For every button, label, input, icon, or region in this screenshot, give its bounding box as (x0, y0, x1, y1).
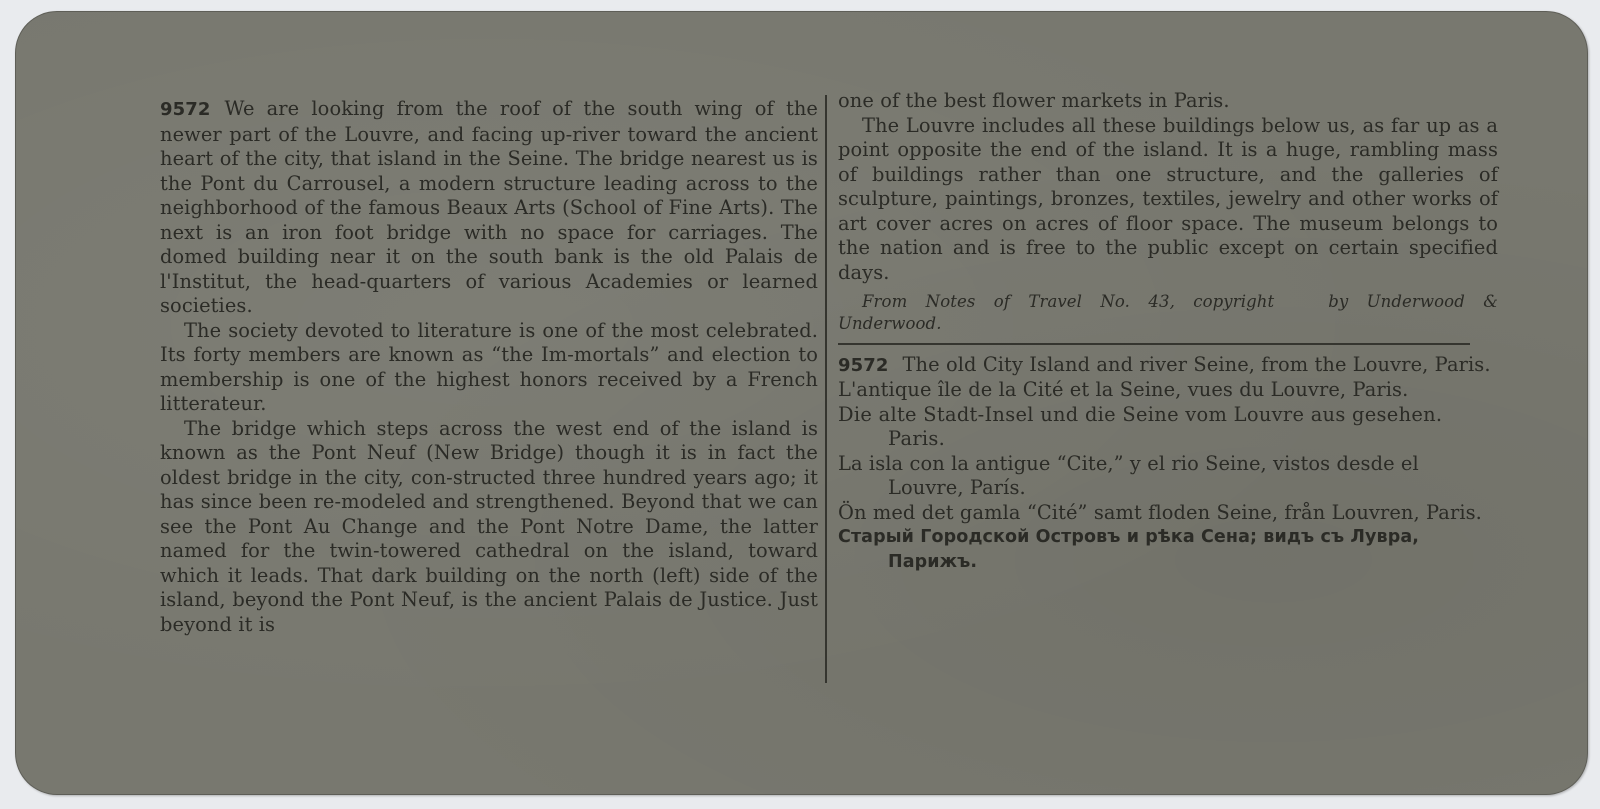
caption-french: L'antique île de la Cité et la Seine, vu… (838, 378, 1498, 403)
paragraph-bridges: The bridge which steps across the west e… (160, 417, 818, 638)
caption-spanish: La isla con la antigue “Cite,” y el rio … (838, 452, 1498, 501)
description-right-column: one of the best flower markets in Paris.… (838, 89, 1498, 574)
credit-source: From Notes of Travel No. 43, copyright (862, 292, 1274, 311)
paragraph-text: We are looking from the roof of the sout… (160, 97, 818, 317)
caption-russian: Старый Городской Островъ и рѣка Сена; ви… (838, 525, 1498, 574)
view-number: 9572 (160, 99, 211, 120)
paragraph-intro: 9572We are looking from the roof of the … (160, 97, 818, 319)
caption-number: 9572 (838, 355, 889, 376)
caption-english: 9572The old City Island and river Seine,… (838, 353, 1498, 379)
caption-swedish: Ön med det gamla “Cité” samt floden Sein… (838, 501, 1498, 526)
column-divider (825, 95, 827, 683)
paragraph-continued: one of the best flower markets in Paris. (838, 89, 1498, 114)
horizontal-rule (838, 343, 1470, 345)
description-left-column: 9572We are looking from the roof of the … (160, 97, 818, 637)
caption-english-text: The old City Island and river Seine, fro… (903, 353, 1491, 376)
copyright-credit: From Notes of Travel No. 43, copyrightby… (838, 291, 1498, 335)
caption-german: Die alte Stadt-Insel und die Seine vom L… (838, 403, 1498, 452)
paragraph-louvre: The Louvre includes all these buildings … (838, 114, 1498, 286)
paragraph-academy: The society devoted to literature is one… (160, 319, 818, 417)
